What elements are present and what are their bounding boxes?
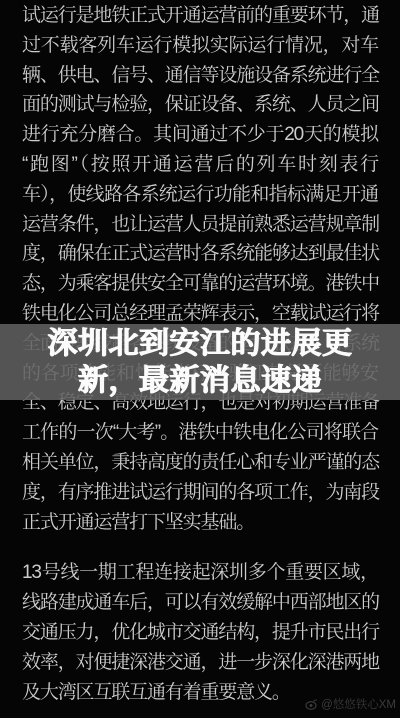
text-line: 态，为乘客提供安全可靠的运营环境。港铁中 xyxy=(22,269,378,299)
text-line: 正式开通运营打下坚实基础。 xyxy=(22,508,378,538)
text-line: 辆、供电、信号、通信等设施设备系统进行全 xyxy=(22,61,378,91)
watermark-text: @悠悠铁心XM xyxy=(321,696,396,712)
weibo-logo-icon xyxy=(305,699,318,710)
text-line: 试运行是地铁正式开通运营前的重要环节，通 xyxy=(22,1,378,31)
page-title: 深圳北到安江的进展更 xyxy=(48,325,353,362)
watermark: @悠悠铁心XM xyxy=(305,696,396,712)
text-line: 进行充分磨合。其间通过不少于20天的模拟 xyxy=(22,120,378,150)
text-line: 度，确保在正式运营时各系统能够达到最佳状 xyxy=(22,239,378,269)
text-line: 车），使线路各系统运行功能和指标满足开通 xyxy=(22,180,378,210)
text-line: 过不载客列车运行模拟实际运行情况，对车 xyxy=(22,31,378,61)
text-line: 运营条件，也让运营人员提前熟悉运营规章制 xyxy=(22,210,378,240)
paragraph-separator xyxy=(22,537,378,558)
text-line: 13号线一期工程连接起深圳多个重要区域， xyxy=(22,558,378,588)
text-line: 相关单位，秉持高度的责任心和专业严谨的态 xyxy=(22,448,378,478)
text-line: 面的测试与检验，保证设备、系统、人员之间 xyxy=(22,90,378,120)
text-line: “跑图”（按照开通运营后的列车时刻表行 xyxy=(22,150,378,180)
page-title: 新，最新消息速递 xyxy=(78,362,322,399)
text-line: 交通压力，优化城市交通结构，提升市民出行 xyxy=(22,618,378,648)
text-line: 线路建成通车后，可以有效缓解中西部地区的 xyxy=(22,588,378,618)
text-line: 效率，对便捷深港交通，进一步深化深港两地 xyxy=(22,648,378,678)
text-line: 工作的一次“大考”。港铁中铁电化公司将联合 xyxy=(22,418,378,448)
article-image: 试运行是地铁正式开通运营前的重要环节，通 过不载客列车运行模拟实际运行情况，对车… xyxy=(0,0,400,718)
title-band: 深圳北到安江的进展更 新，最新消息速递 xyxy=(0,324,400,400)
text-line: 度，有序推进试运行期间的各项工作，为南段 xyxy=(22,478,378,508)
